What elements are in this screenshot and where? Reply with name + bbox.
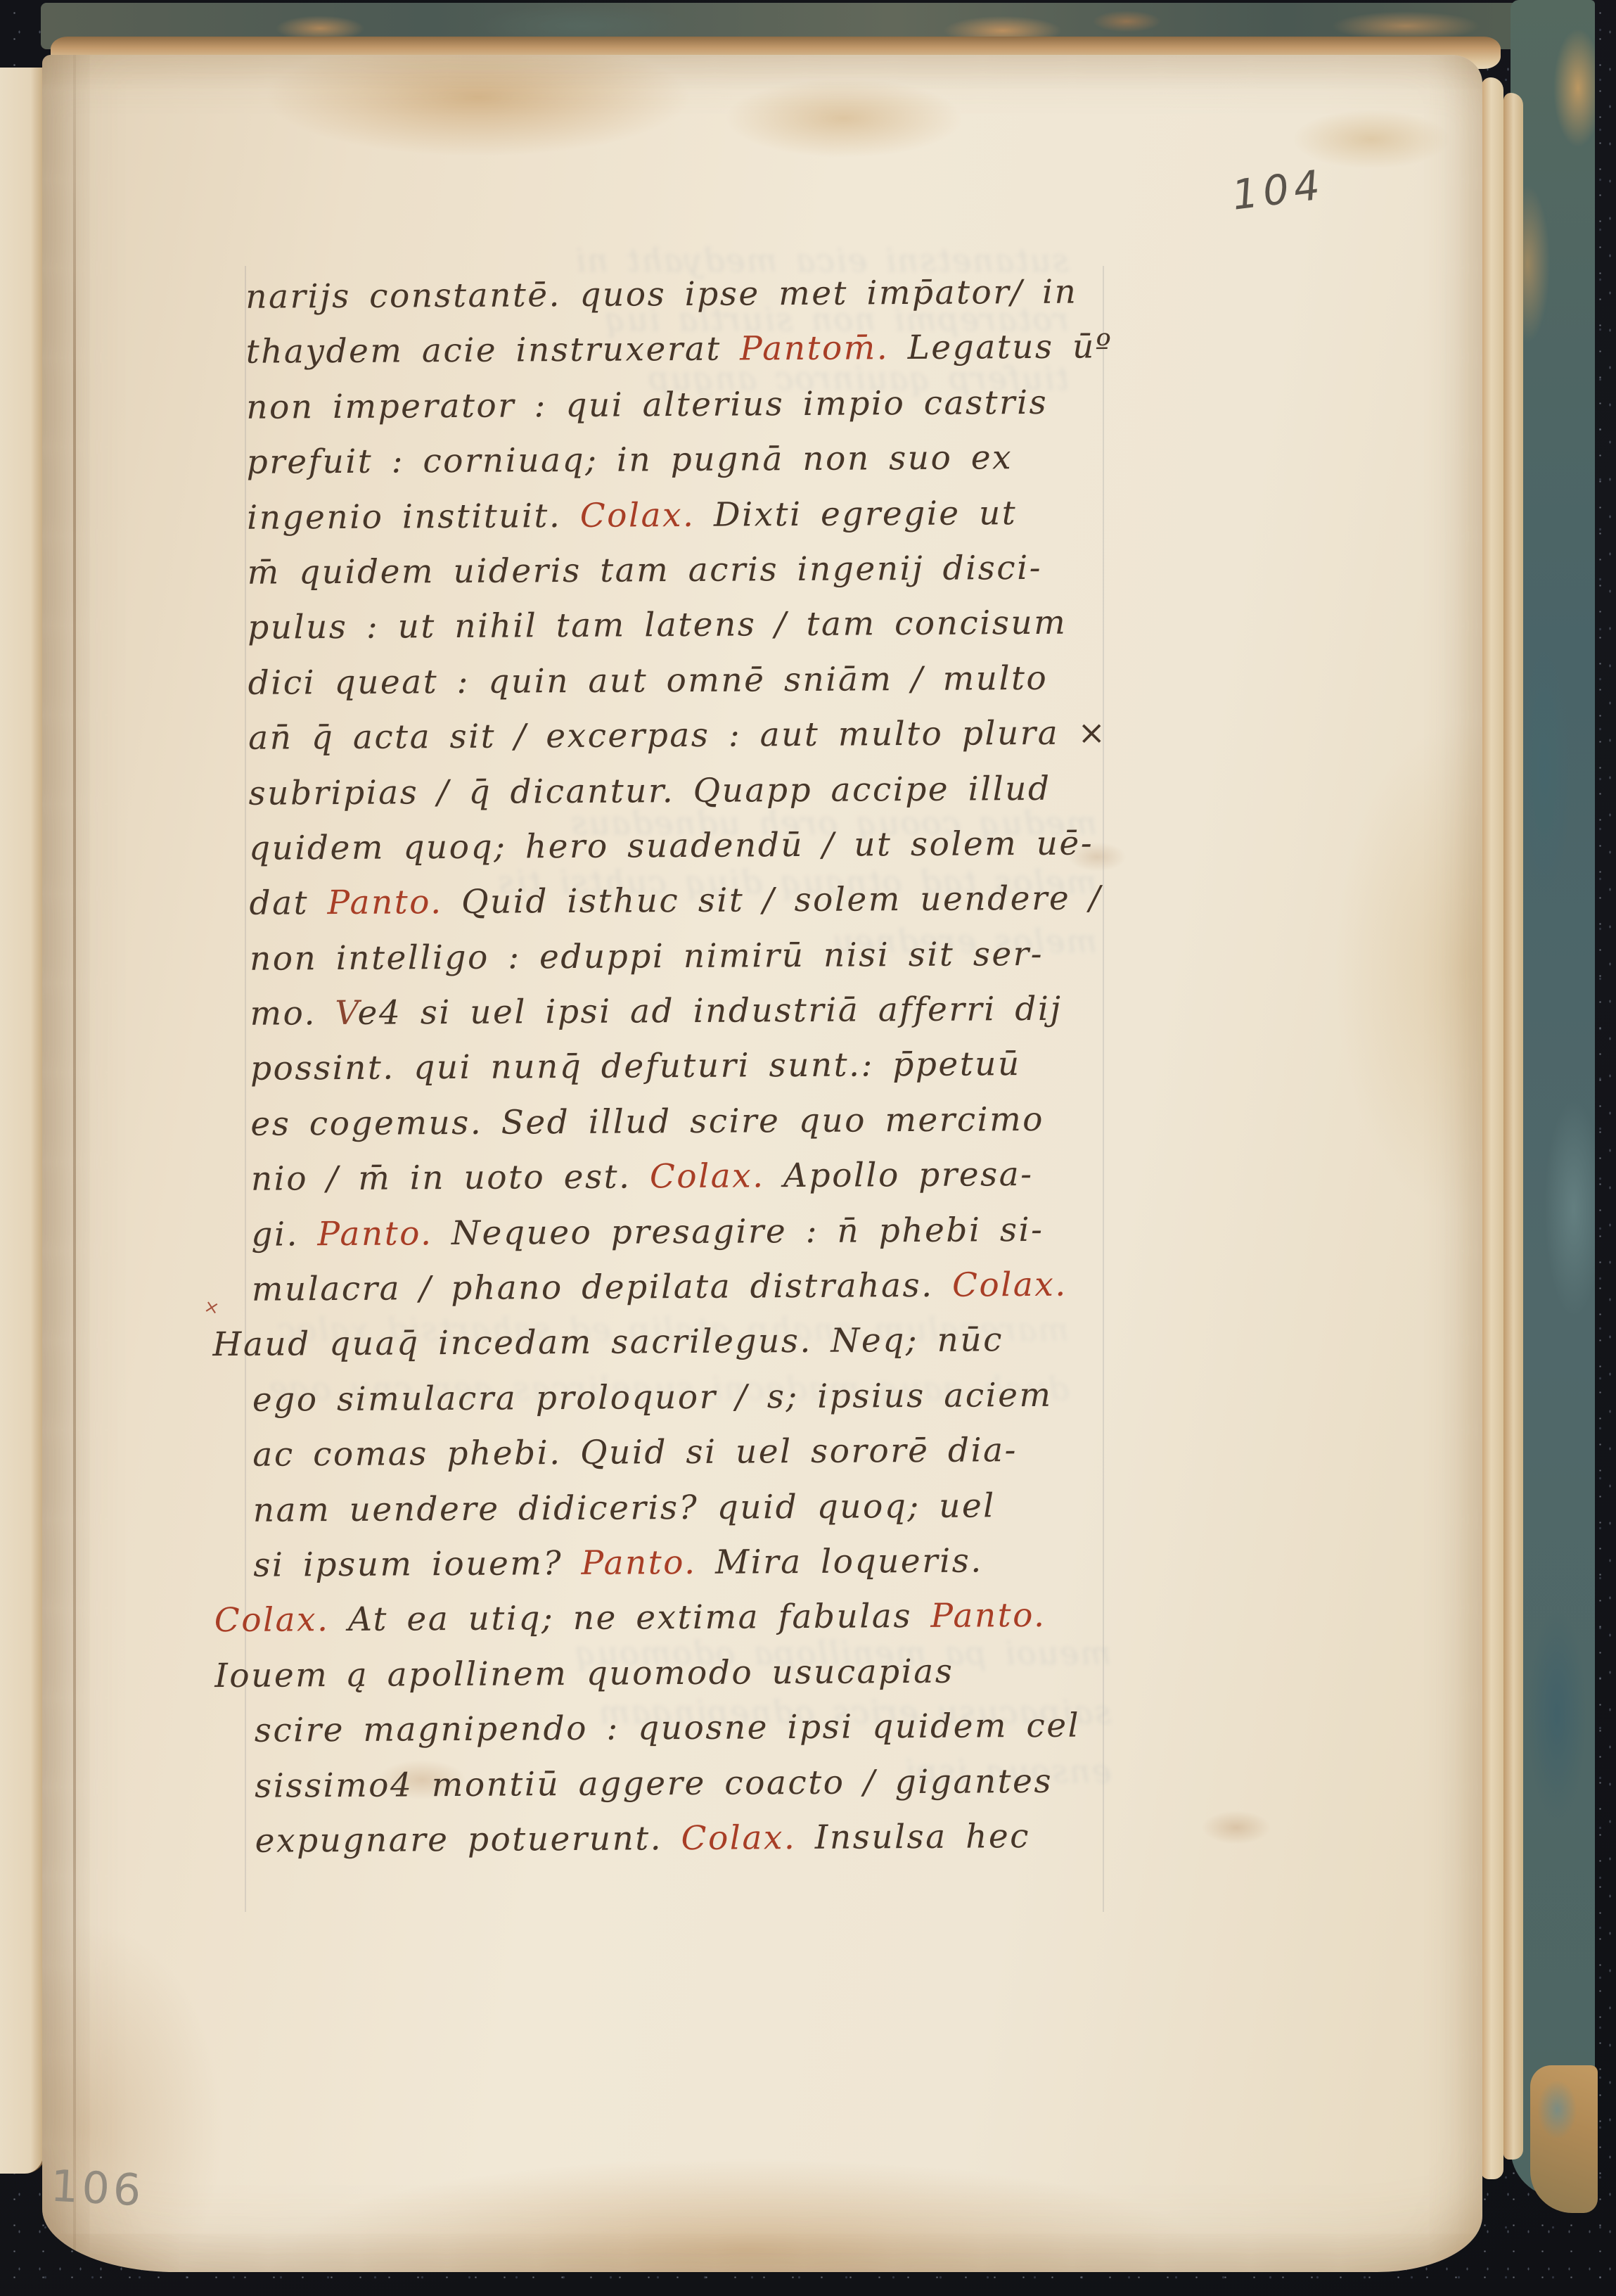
text-segment: non intelligo : eduppi nimirū nisi sit s… [250, 935, 1044, 978]
text-segment: nio / m̄ in uoto est. [251, 1158, 650, 1199]
manuscript-page: sutanetsni eica medyaht ni rotarepmi non… [42, 55, 1482, 2272]
text-segment: Insulsa hec [796, 1817, 1030, 1857]
text-segment: Mira loqueris. [696, 1541, 982, 1581]
manuscript-text-line: non imperator : qui alterius impio castr… [246, 378, 1118, 438]
manuscript-text-line: an̄ q̄ acta sit / excerpas : aut multo p… [248, 708, 1120, 769]
manuscript-text-line: pulus : ut nihil tam latens / tam concis… [248, 599, 1120, 659]
manuscript-text-line: Haud quaq̄ incedam sacrilegus. Neq; nūc [212, 1315, 1124, 1376]
text-segment: subripias / q̄ dicantur. Quapp accipe il… [248, 769, 1051, 812]
gutter-crease [73, 55, 76, 2272]
text-segment: Nequeo presagire : n̄ phebi si- [432, 1211, 1044, 1253]
manuscript-text-line: nam uendere didiceris? quid quoq; uel [253, 1481, 1125, 1541]
manuscript-text-line: ego simulacra proloquor / s; ipsius acie… [252, 1370, 1124, 1431]
text-segment: non imperator : qui alterius impio castr… [246, 383, 1048, 427]
manuscript-text-line: sissimo4 montiū aggere coacto / gigantes [255, 1756, 1127, 1817]
text-segment: quidem quoq; hero suadendū / ut solem uē… [249, 824, 1094, 867]
text-segment: At ea utiq; ne extima fabulas [329, 1597, 930, 1639]
text-segment: scire magnipendo : quosne ipsi quidem ce… [255, 1707, 1081, 1750]
rubric-speaker-name: Colax. [650, 1157, 765, 1197]
manuscript-text-line: Iouem ą apollinem quomodo usucapias [214, 1646, 1126, 1707]
text-segment: Dixti egregie ut [695, 494, 1017, 535]
text-segment: thaydem acie instruxerat [246, 330, 740, 371]
rubric-speaker-name: Colax. [214, 1600, 330, 1640]
manuscript-text-line: gi. Panto. Nequeo presagire : n̄ phebi s… [251, 1205, 1123, 1265]
manuscript-text-line: expugnare potuerunt. Colax. Insulsa hec [255, 1811, 1127, 1872]
fore-edge-page-strip [1481, 77, 1503, 2179]
text-segment: prefuit : corniuaq; in pugnā non suo ex [247, 438, 1013, 482]
text-segment: sissimo4 montiū aggere coacto / gigantes [255, 1761, 1053, 1805]
text-segment: pulus : ut nihil tam latens / tam concis… [248, 604, 1067, 647]
text-segment: m̄ quidem uideris tam acris ingenij disc… [248, 549, 1043, 592]
text-segment: si ipsum iouem? [253, 1544, 582, 1585]
manuscript-text-line: ac comas phebi. Quid si uel sororē dia- [252, 1425, 1124, 1486]
manuscript-text-line: possint. qui nunq̄ defuturi sunt.: p̄pet… [250, 1040, 1122, 1100]
text-segment: dat [249, 884, 327, 923]
manuscript-text-line: mo. Ve4 si uel ipsi ad industriā afferri… [250, 984, 1122, 1045]
manuscript-text-line: scire magnipendo : quosne ipsi quidem ce… [255, 1701, 1127, 1761]
manuscript-text-line: nio / m̄ in uoto est. Colax. Apollo pres… [251, 1149, 1123, 1210]
manuscript-text-line: ingenio instituit. Colax. Dixti egregie … [247, 488, 1119, 549]
marginal-red-mark: × [202, 1296, 222, 1320]
rubric-speaker-name: Colax. [681, 1818, 796, 1858]
text-segment: Quid isthuc sit / solem uendere / [442, 879, 1102, 922]
manuscript-text-line: si ipsum iouem? Panto. Mira loqueris. [253, 1536, 1125, 1596]
facing-page-edge [0, 68, 46, 2174]
text-segment: Apollo presa- [764, 1155, 1033, 1195]
manuscript-text-line: quidem quoq; hero suadendū / ut solem uē… [249, 819, 1121, 879]
manuscript-text-line: dici queat : quin aut omnē sniām / multo [248, 653, 1120, 714]
text-segment: possint. qui nunq̄ defuturi sunt.: p̄pet… [250, 1045, 1021, 1089]
manuscript-text-line: non intelligo : eduppi nimirū nisi sit s… [250, 929, 1122, 990]
manuscript-text-line: mulacra / phano depilata distrahas. Cola… [252, 1260, 1124, 1320]
text-segment: gi. [251, 1215, 317, 1254]
text-segment: ego simulacra proloquor / s; ipsius acie… [252, 1376, 1053, 1420]
rubric-speaker-name: Colax. [580, 495, 695, 535]
text-segment: Legatus ūº [889, 328, 1113, 368]
text-segment: Iouem ą apollinem quomodo usucapias [214, 1652, 954, 1695]
manuscript-text-block: narijs constantē. quos ipse met imp̄ator… [245, 267, 1127, 1872]
text-segment: expugnare potuerunt. [255, 1819, 681, 1861]
rubric-speaker-name: Panto. [327, 883, 442, 922]
rubric-speaker-name: Panto. [317, 1214, 432, 1254]
manuscript-photo: sutanetsni eica medyaht ni rotarepmi non… [0, 0, 1616, 2296]
text-segment: e4 si uel ipsi ad industriā afferri dij [357, 990, 1062, 1033]
manuscript-text-line: narijs constantē. quos ipse met imp̄ator… [245, 267, 1117, 328]
manuscript-text-line: Colax. At ea utiq; ne extima fabulas Pan… [214, 1591, 1126, 1652]
manuscript-text-line: thaydem acie instruxerat Pantom̄. Legatu… [246, 323, 1118, 383]
text-segment: mulacra / phano depilata distrahas. [252, 1266, 952, 1309]
text-segment: nam uendere didiceris? quid quoq; uel [253, 1486, 996, 1529]
manuscript-text-line: prefuit : corniuaq; in pugnā non suo ex [247, 433, 1119, 493]
text-segment: narijs constantē. quos ipse met imp̄ator… [245, 273, 1077, 317]
text-segment: es cogemus. Sed illud scire quo mercimo [250, 1100, 1044, 1144]
fore-edge-page-strip [1503, 93, 1523, 2160]
pencil-number-bottom: 106 [49, 2160, 146, 2217]
text-segment: V [335, 994, 357, 1033]
rubric-speaker-name: Panto. [581, 1543, 696, 1583]
book-cover-right-edge [1511, 0, 1595, 2198]
text-segment: an̄ q̄ acta sit / excerpas : aut multo p… [248, 713, 1108, 757]
rubric-speaker-name: Pantom̄. [740, 329, 889, 369]
text-segment: ac comas phebi. Quid si uel sororē dia- [252, 1431, 1018, 1474]
text-segment: Haud quaq̄ incedam sacrilegus. Neq; nūc [212, 1321, 1003, 1365]
text-segment: dici queat : quin aut omnē sniām / multo [248, 659, 1048, 703]
book-cover-bottom-corner [1530, 2065, 1598, 2213]
manuscript-text-line: es cogemus. Sed illud scire quo mercimo [250, 1095, 1122, 1155]
manuscript-text-line: subripias / q̄ dicantur. Quapp accipe il… [248, 764, 1120, 824]
folio-number-top: 104 [1229, 160, 1327, 219]
text-segment: mo. [250, 994, 335, 1033]
rubric-speaker-name: Colax. [952, 1265, 1067, 1305]
text-segment: ingenio instituit. [247, 496, 580, 537]
manuscript-text-line: m̄ quidem uideris tam acris ingenij disc… [247, 543, 1119, 604]
rubric-speaker-name: Panto. [930, 1596, 1046, 1635]
manuscript-text-line: dat Panto. Quid isthuc sit / solem uende… [249, 874, 1121, 935]
